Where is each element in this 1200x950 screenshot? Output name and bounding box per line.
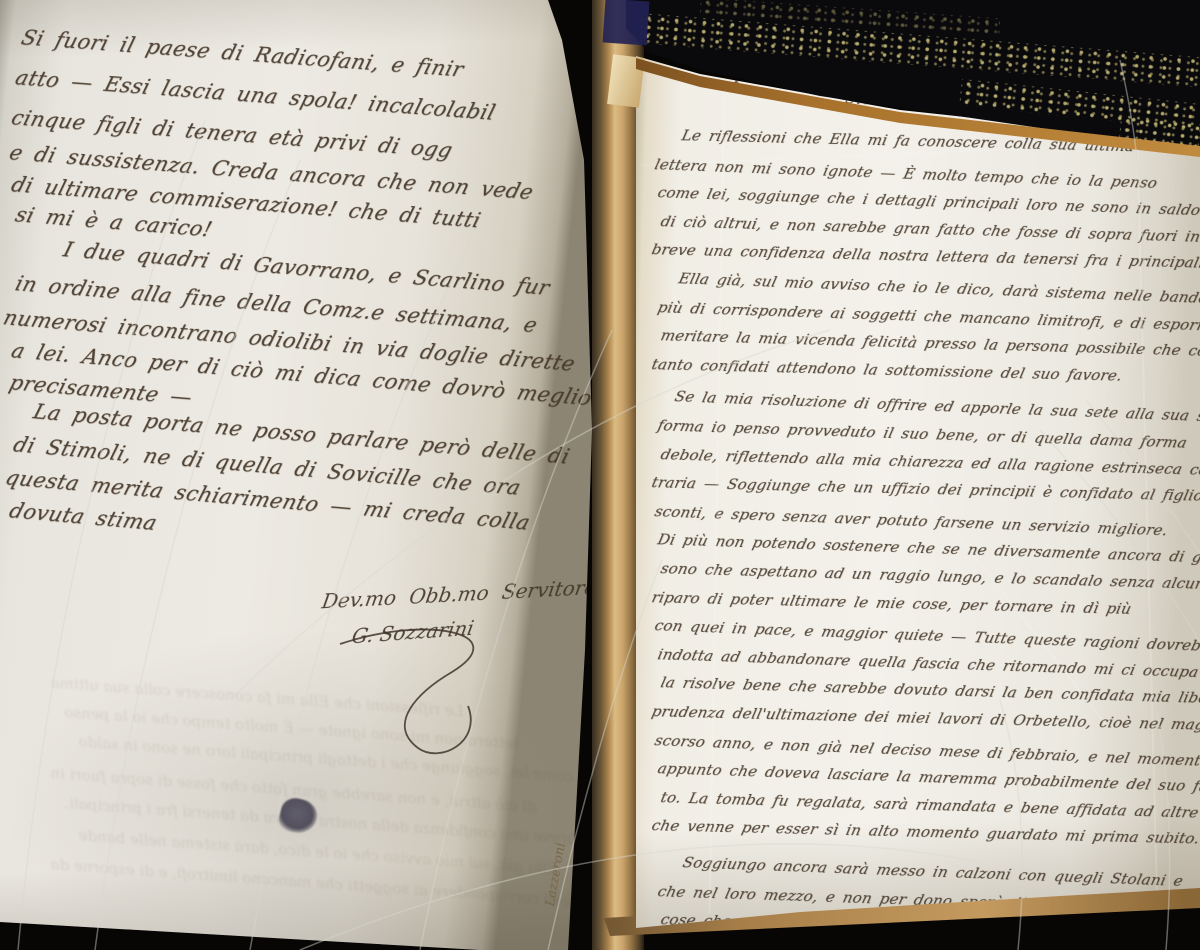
manuscript-line: la risolve bene che sarebbe dovuto darsi… — [659, 673, 1200, 707]
manuscript-line: tanto confidati attendono la sottomissio… — [650, 355, 1124, 384]
manuscript-line: riparo di poter ultimare le mie cose, pe… — [650, 588, 1133, 618]
manuscript-line: sono che aspettano ad un raggio lungo, e… — [659, 559, 1200, 593]
manuscript-line: debole, riflettendo alla mia chiarezza e… — [659, 445, 1200, 479]
manuscript-line: prudenza dell'ultimazione dei miei lavor… — [650, 702, 1200, 735]
manuscript-line: traria — Soggiunge che un uffizio dei pr… — [650, 473, 1200, 505]
manuscript-line: Soggiungo ancora sarà messo in calzoni c… — [681, 853, 1185, 890]
manuscript-line: breve una confidenza della nostra letter… — [650, 240, 1200, 272]
manuscript-line: di ciò altrui, e non sarebbe gran fatto … — [659, 212, 1200, 245]
signature-flourish — [300, 600, 560, 770]
manuscript-line: dovuta stima — [7, 498, 160, 534]
cover-navy-corner — [603, 0, 650, 45]
ink-blot — [276, 795, 320, 837]
manuscript-line: che venne per esser sì in alto momento g… — [650, 816, 1200, 847]
manuscript-photo: Si fuori il paese di Radicofani, e finir… — [0, 0, 1200, 950]
